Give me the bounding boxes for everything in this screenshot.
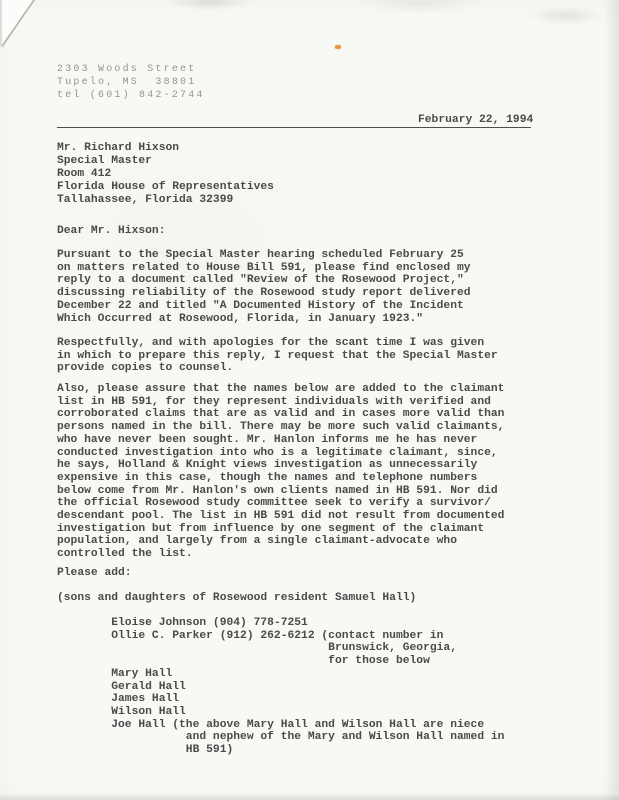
ink-speck	[335, 45, 341, 49]
recipient-address: Mr. Richard Hixson Special Master Room 4…	[57, 142, 274, 207]
date-rule	[57, 127, 531, 128]
letter-date: February 22, 1994	[418, 114, 533, 127]
sender-address: 2303 Woods Street Tupelo, MS 38801 tel (…	[57, 63, 205, 102]
salutation: Dear Mr. Hixson:	[57, 225, 165, 238]
names-list: Eloise Johnson (904) 778-7251 Ollie C. P…	[57, 617, 504, 757]
scanned-letter-page: 2303 Woods Street Tupelo, MS 38801 tel (…	[0, 0, 619, 800]
body-paragraph-3: Also, please assure that the names below…	[57, 383, 504, 561]
body-paragraph-2: Respectfully, and with apologies for the…	[57, 337, 498, 375]
names-note: (sons and daughters of Rosewood resident…	[57, 592, 416, 605]
please-add-label: Please add:	[57, 567, 132, 580]
body-paragraph-1: Pursuant to the Special Master hearing s…	[57, 249, 471, 325]
